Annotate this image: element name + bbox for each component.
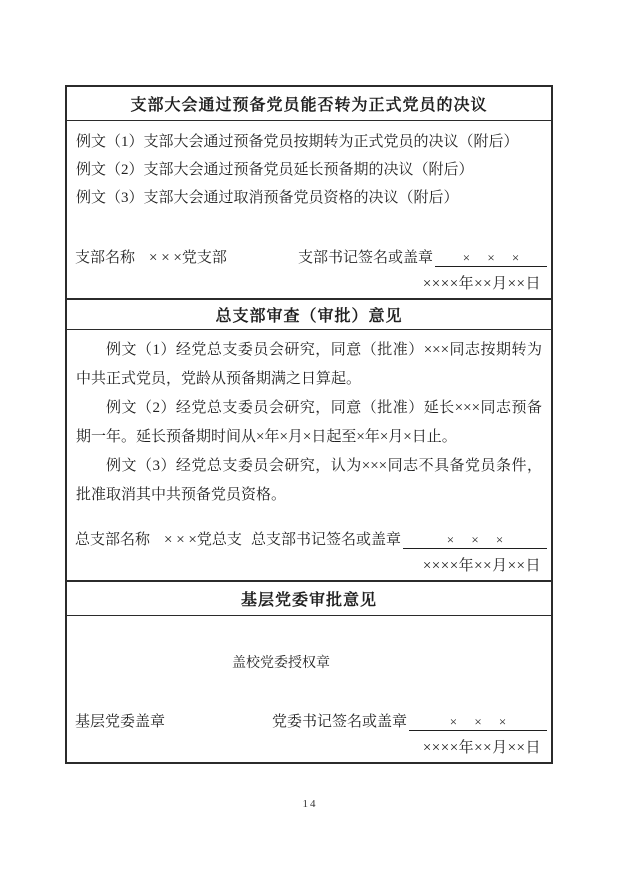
committee-secretary-signature-line: × × × xyxy=(409,713,547,731)
form-title: 支部大会通过预备党员能否转为正式党员的决议 xyxy=(130,92,487,115)
grassroots-committee-approval-title: 基层党委审批意见 xyxy=(241,587,377,610)
general-branch-name-label: 总支部名称 xyxy=(75,528,150,549)
section3-date: ××××年××月××日 xyxy=(67,731,551,762)
section2-example-paragraphs: 例文（1）经党总支委员会研究，同意（批准）×××同志按期转为中共正式党员，党龄从… xyxy=(67,330,551,510)
resolution-form-table: 支部大会通过预备党员能否转为正式党员的决议 例文（1）支部大会通过预备党员按期转… xyxy=(65,85,553,764)
branch-name-label: 支部名称 xyxy=(75,246,135,267)
section1-body: 例文（1）支部大会通过预备党员按期转为正式党员的决议（附后） 例文（2）支部大会… xyxy=(67,121,551,298)
section1-title-row: 支部大会通过预备党员能否转为正式党员的决议 xyxy=(67,87,551,121)
section3-body: 盖校党委授权章 基层党委盖章 党委书记签名或盖章 × × × ××××年××月×… xyxy=(67,616,551,762)
section3-header-row: 基层党委审批意见 xyxy=(67,580,551,616)
general-branch-name-value: × × ×党总支 xyxy=(164,528,242,549)
review-paragraph-1: 例文（1）经党总支委员会研究，同意（批准）×××同志按期转为中共正式党员，党龄从… xyxy=(76,336,542,394)
example-line-2: 例文（2）支部大会通过预备党员延长预备期的决议（附后） xyxy=(76,156,543,184)
example-line-3: 例文（3）支部大会通过取消预备党员资格的决议（附后） xyxy=(76,184,543,212)
section3-signature-row: 基层党委盖章 党委书记签名或盖章 × × × xyxy=(67,710,551,731)
review-paragraph-2: 例文（2）经党总支委员会研究，同意（批准）延长×××同志预备期一年。延长预备期时… xyxy=(76,394,542,452)
section2-header-row: 总支部审查（审批）意见 xyxy=(67,298,551,330)
example-line-1: 例文（1）支部大会通过预备党员按期转为正式党员的决议（附后） xyxy=(76,128,543,156)
section1-example-lines: 例文（1）支部大会通过预备党员按期转为正式党员的决议（附后） 例文（2）支部大会… xyxy=(67,121,551,212)
committee-authorization-stamp-note: 盖校党委授权章 xyxy=(232,652,551,672)
section1-date: ××××年××月××日 xyxy=(67,267,551,298)
section2-body: 例文（1）经党总支委员会研究，同意（批准）×××同志按期转为中共正式党员，党龄从… xyxy=(67,330,551,580)
section2-date: ××××年××月××日 xyxy=(67,549,551,580)
general-branch-secretary-sign-label: 总支部书记签名或盖章 xyxy=(251,528,401,549)
branch-secretary-sign-label: 支部书记签名或盖章 xyxy=(298,246,433,267)
grassroots-committee-seal-label: 基层党委盖章 xyxy=(75,710,165,731)
page-number: 14 xyxy=(0,798,620,810)
branch-secretary-signature-line: × × × xyxy=(435,249,547,267)
general-branch-review-title: 总支部审查（审批）意见 xyxy=(215,303,402,326)
review-paragraph-3: 例文（3）经党总支委员会研究，认为×××同志不具备党员条件，批准取消其中共预备党… xyxy=(76,452,542,510)
committee-secretary-sign-label: 党委书记签名或盖章 xyxy=(272,710,407,731)
general-branch-secretary-signature-line: × × × xyxy=(403,531,547,549)
section1-signature-row: 支部名称 × × ×党支部 支部书记签名或盖章 × × × xyxy=(67,246,551,267)
branch-name-value: × × ×党支部 xyxy=(149,246,227,267)
section2-signature-row: 总支部名称 × × ×党总支 总支部书记签名或盖章 × × × xyxy=(67,528,551,549)
